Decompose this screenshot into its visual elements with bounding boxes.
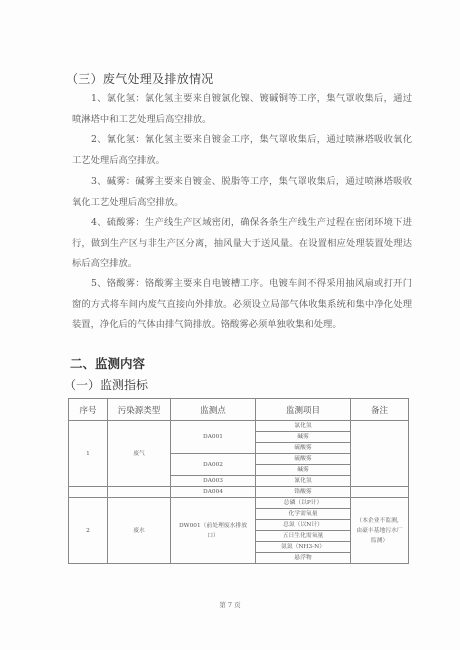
cell-no: 1 — [69, 421, 108, 487]
cell-monitor-point: DA001 — [171, 421, 256, 454]
cell-monitor-item: 五日生化需氧量 — [256, 531, 351, 542]
cell-remark: （本企业不监测，由豪丰基地污水厂监测） — [351, 498, 409, 564]
table-row: DA004 铬酸雾 — [69, 487, 409, 498]
cell-monitor-item: 碱雾 — [256, 465, 351, 476]
cell-monitor-item: 氰化氢 — [256, 476, 351, 487]
cell-no: 2 — [69, 498, 108, 564]
document-page: （三）废气处理及排放情况 1、氯化氢：氯化氢主要来自镀氯化镍、镀碱铜等工序，集气… — [0, 0, 460, 650]
cell-monitor-item: 总磷（以P计） — [256, 498, 351, 509]
cell-monitor-item: 硫酸雾 — [256, 454, 351, 465]
cell-empty — [108, 487, 171, 498]
table-row: 2 废水 DW001（前处理废水排放口） 总磷（以P计） （本企业不监测，由豪丰… — [69, 498, 409, 509]
cell-monitor-item: 化学需氧量 — [256, 509, 351, 520]
cell-monitor-item: 总氮（以N计） — [256, 520, 351, 531]
paragraph-hcn: 2、氰化氢：氰化氢主要来自镀金工序，集气罩收集后，通过喷淋塔吸收氧化工艺处理后高… — [72, 130, 412, 171]
page-number: 第 7 页 — [0, 600, 460, 609]
header-remark: 备注 — [351, 399, 409, 421]
cell-empty — [69, 487, 108, 498]
subsection-heading-indicators: （一）监测指标 — [64, 376, 148, 393]
header-monitor-point: 监测点 — [171, 399, 256, 421]
cell-monitor-point: DA003 — [171, 476, 256, 487]
cell-source-type: 废水 — [108, 498, 171, 564]
cell-monitor-item: 硫酸雾 — [256, 443, 351, 454]
paragraph-hcl: 1、氯化氢：氯化氢主要来自镀氯化镍、镀碱铜等工序，集气罩收集后，通过喷淋塔中和工… — [72, 89, 412, 130]
table-header-row: 序号 污染源类型 监测点 监测项目 备注 — [69, 399, 409, 421]
paragraph-chromic-mist: 5、铬酸雾：铬酸雾主要来自电镀槽工序。电镀车间不得采用抽风扇或打开门窗的方式将车… — [72, 274, 412, 336]
cell-monitor-item: 铬酸雾 — [256, 487, 351, 498]
cell-monitor-item: 氯化氢 — [256, 421, 351, 432]
section-heading-monitoring: 二、监测内容 — [70, 354, 145, 372]
cell-remark — [351, 421, 409, 487]
table-row: 1 废气 DA001 氯化氢 — [69, 421, 409, 432]
cell-monitor-point: DA004 — [171, 487, 256, 498]
header-monitor-item: 监测项目 — [256, 399, 351, 421]
cell-source-type: 废气 — [108, 421, 171, 487]
cell-monitor-item: 碱雾 — [256, 432, 351, 443]
monitoring-table: 序号 污染源类型 监测点 监测项目 备注 1 废气 DA001 氯化氢 碱雾 硫… — [68, 398, 409, 564]
cell-monitor-point: DA002 — [171, 454, 256, 476]
cell-monitor-point: DW001（前处理废水排放口） — [171, 498, 256, 564]
cell-monitor-item: 悬浮物 — [256, 553, 351, 564]
cell-empty — [351, 487, 409, 498]
section-heading-exhaust: （三）废气处理及排放情况 — [66, 70, 214, 87]
cell-monitor-item: 氨氮（NH3-N） — [256, 542, 351, 553]
paragraph-alkali-mist: 3、碱雾：碱雾主要来自镀金、脱脂等工序，集气罩收集后，通过喷淋塔吸收氧化工艺处理… — [72, 172, 412, 213]
header-source-type: 污染源类型 — [108, 399, 171, 421]
header-no: 序号 — [69, 399, 108, 421]
paragraph-sulfuric-mist: 4、硫酸雾：生产线生产区域密闭，确保各条生产线生产过程在密闭环境下进行，做到生产… — [72, 213, 412, 275]
